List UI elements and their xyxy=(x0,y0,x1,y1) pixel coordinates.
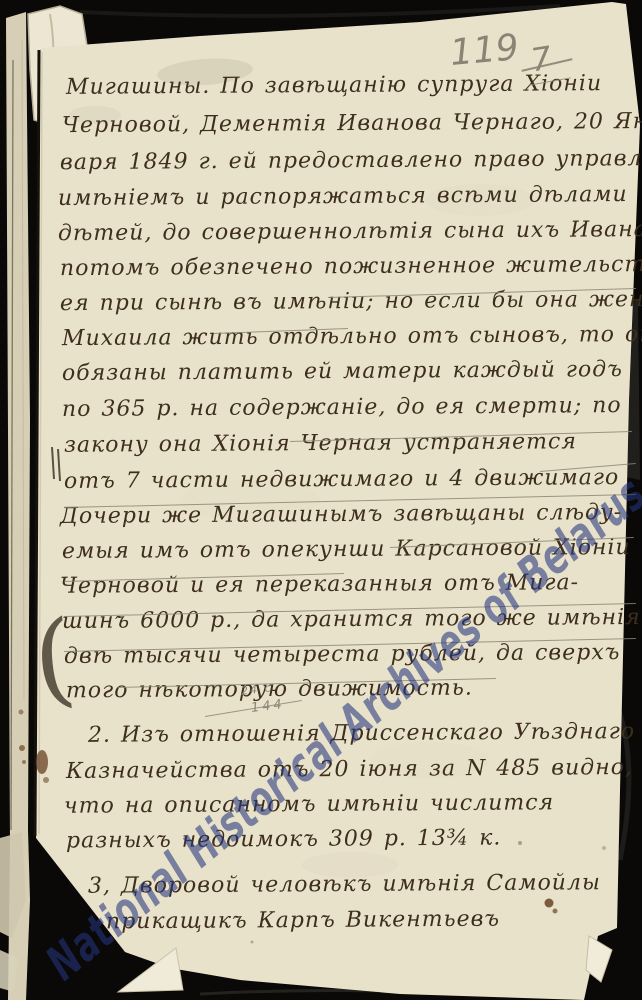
margin-ink-stroke-1 xyxy=(51,447,55,479)
pencil-underline-1 xyxy=(328,288,636,298)
pencil-underline-7 xyxy=(64,573,344,582)
pencil-annotation-layer: 119 7 24 с 144 xyxy=(0,0,642,1000)
pencil-underline-5 xyxy=(64,494,636,508)
crossed-out-number-pencil: 7 xyxy=(528,39,554,80)
pencil-underline-2 xyxy=(214,328,348,334)
margin-ink-stroke-2 xyxy=(57,449,61,481)
pencil-underline-9 xyxy=(64,638,636,652)
folio-number-pencil: 119 xyxy=(448,27,520,74)
archival-document-photo: Мигашины. По завѣщанію супруга ХіоніиЧер… xyxy=(0,0,642,1000)
pencil-underline-3 xyxy=(290,431,632,442)
pencil-underline-8 xyxy=(64,603,636,617)
